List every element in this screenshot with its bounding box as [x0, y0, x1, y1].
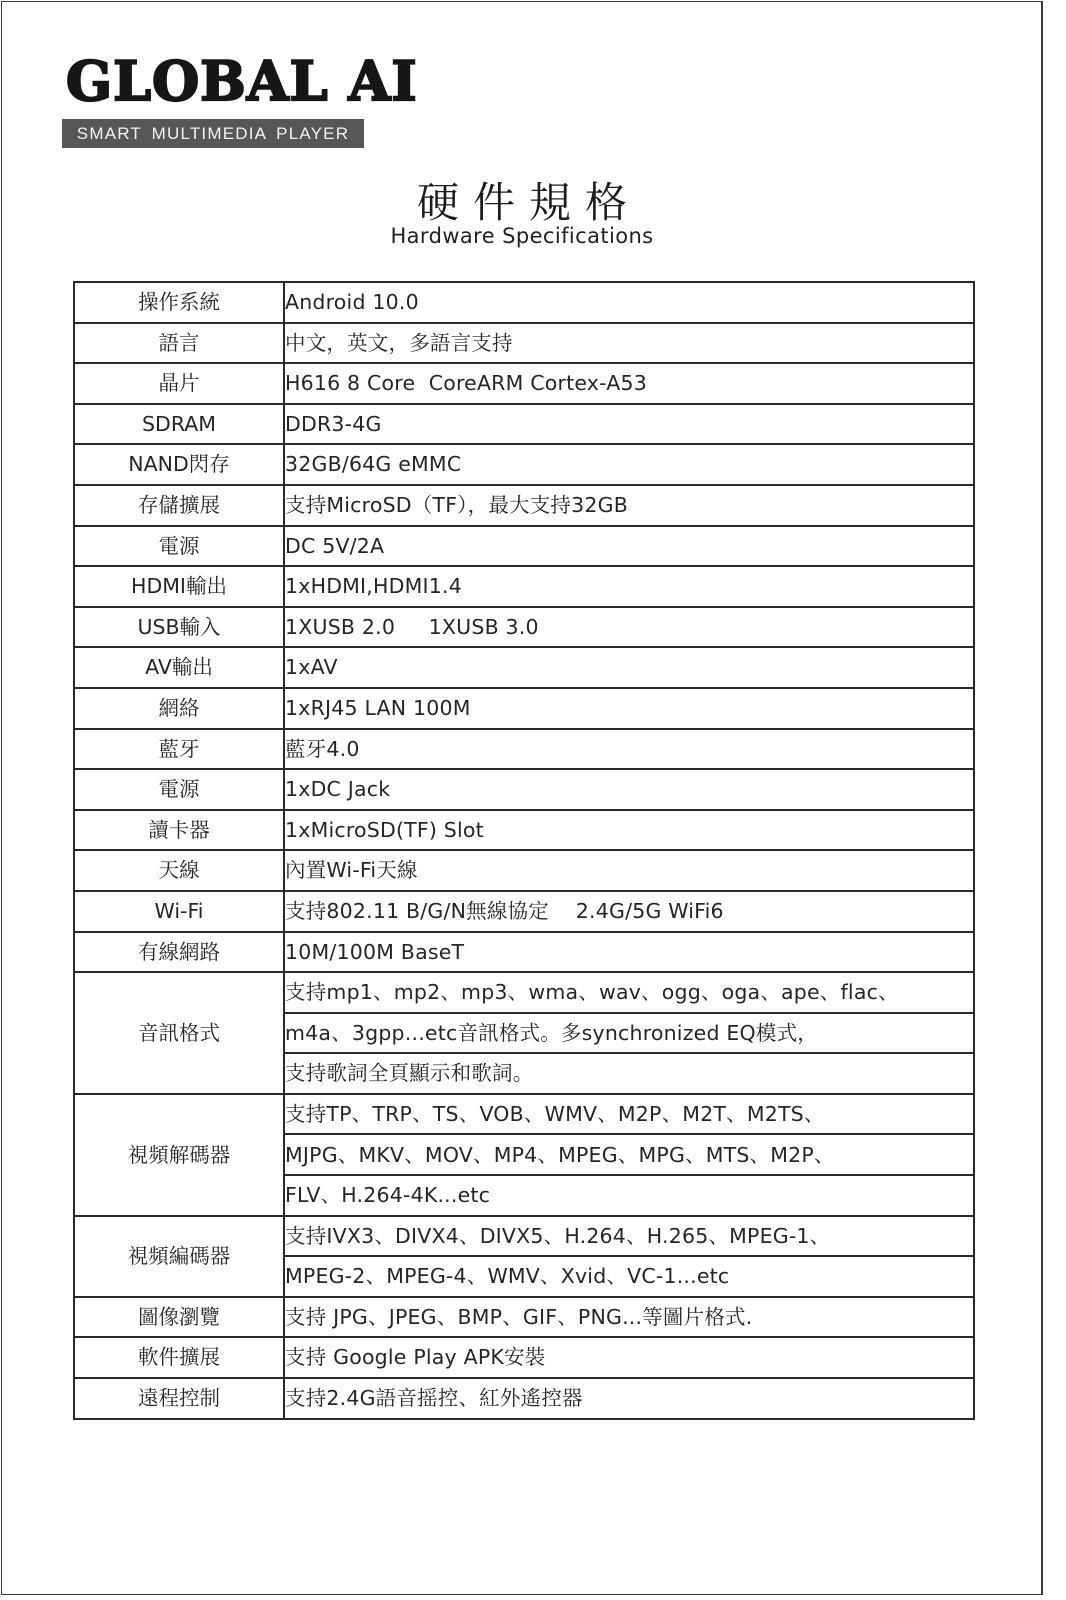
spec-value: FLV、H.264-4K...etc: [284, 1175, 974, 1216]
spec-row: USB輸入1XUSB 2.0 1XUSB 3.0: [74, 607, 974, 648]
spec-row: SDRAMDDR3-4G: [74, 404, 974, 445]
spec-row: 視頻編碼器支持IVX3、DIVX4、DIVX5、H.264、H.265、MPEG…: [74, 1216, 974, 1257]
spec-row: 網絡1xRJ45 LAN 100M: [74, 688, 974, 729]
spec-value: 1xDC Jack: [284, 769, 974, 810]
spec-value: 中文，英文，多語言支持: [284, 323, 974, 364]
spec-row: 讀卡器1xMicroSD(TF) Slot: [74, 810, 974, 851]
spec-value: 支持TP、TRP、TS、VOB、WMV、M2P、M2T、M2TS、: [284, 1094, 974, 1135]
spec-label: 軟件擴展: [74, 1337, 284, 1378]
spec-value: H616 8 Core CoreARM Cortex-A53: [284, 363, 974, 404]
spec-row: HDMI輸出1xHDMI,HDMI1.4: [74, 566, 974, 607]
spec-value: 1xHDMI,HDMI1.4: [284, 566, 974, 607]
spec-value: 支持MicroSD（TF），最大支持32GB: [284, 485, 974, 526]
spec-value: 32GB/64G eMMC: [284, 444, 974, 485]
page-subtitle: Hardware Specifications: [0, 224, 1044, 248]
spec-label: 遠程控制: [74, 1378, 284, 1419]
spec-value: 支持802.11 B/G/N無線協定 2.4G/5G WiFi6: [284, 891, 974, 932]
spec-value: 支持歌詞全頁顯示和歌詞。: [284, 1053, 974, 1094]
spec-label: 讀卡器: [74, 810, 284, 851]
spec-table: 操作系統Android 10.0語言中文，英文，多語言支持晶片H616 8 Co…: [73, 281, 975, 1420]
spec-row: 存儲擴展支持MicroSD（TF），最大支持32GB: [74, 485, 974, 526]
spec-value: 內置Wi-Fi天線: [284, 850, 974, 891]
spec-value: MJPG、MKV、MOV、MP4、MPEG、MPG、MTS、M2P、: [284, 1134, 974, 1175]
spec-label: 操作系統: [74, 282, 284, 323]
spec-value: m4a、3gpp...etc音訊格式。多synchronized EQ模式，: [284, 1013, 974, 1054]
spec-row: 軟件擴展支持 Google Play APK安裝: [74, 1337, 974, 1378]
spec-value: 支持 JPG、JPEG、BMP、GIF、PNG...等圖片格式.: [284, 1297, 974, 1338]
spec-row: 天線內置Wi-Fi天線: [74, 850, 974, 891]
brand-tagline: SMART MULTIMEDIA PLAYER: [62, 119, 364, 148]
spec-label: 晶片: [74, 363, 284, 404]
spec-row: 電源DC 5V/2A: [74, 526, 974, 567]
spec-label: 視頻編碼器: [74, 1216, 284, 1297]
spec-label: 電源: [74, 526, 284, 567]
spec-label: SDRAM: [74, 404, 284, 445]
spec-value: 藍牙4.0: [284, 729, 974, 770]
spec-label: 天線: [74, 850, 284, 891]
spec-value: MPEG-2、MPEG-4、WMV、Xvid、VC-1...etc: [284, 1256, 974, 1297]
spec-value: 1XUSB 2.0 1XUSB 3.0: [284, 607, 974, 648]
spec-label: 音訊格式: [74, 972, 284, 1094]
page-title: 硬件規格: [0, 170, 1044, 230]
spec-label: Wi-Fi: [74, 891, 284, 932]
spec-row: 有線網路10M/100M BaseT: [74, 932, 974, 973]
spec-value: 支持IVX3、DIVX4、DIVX5、H.264、H.265、MPEG-1、: [284, 1216, 974, 1257]
spec-value: 10M/100M BaseT: [284, 932, 974, 973]
spec-row: 音訊格式支持mp1、mp2、mp3、wma、wav、ogg、oga、ape、fl…: [74, 972, 974, 1013]
spec-row: Wi-Fi支持802.11 B/G/N無線協定 2.4G/5G WiFi6: [74, 891, 974, 932]
spec-value: 1xRJ45 LAN 100M: [284, 688, 974, 729]
spec-label: 存儲擴展: [74, 485, 284, 526]
spec-label: NAND閃存: [74, 444, 284, 485]
spec-label: 語言: [74, 323, 284, 364]
spec-row: NAND閃存32GB/64G eMMC: [74, 444, 974, 485]
spec-row: 圖像瀏覽支持 JPG、JPEG、BMP、GIF、PNG...等圖片格式.: [74, 1297, 974, 1338]
spec-label: AV輸出: [74, 647, 284, 688]
spec-row: 晶片H616 8 Core CoreARM Cortex-A53: [74, 363, 974, 404]
spec-value: 1xAV: [284, 647, 974, 688]
spec-label: 視頻解碼器: [74, 1094, 284, 1216]
spec-row: 電源1xDC Jack: [74, 769, 974, 810]
spec-value: Android 10.0: [284, 282, 974, 323]
spec-row: 視頻解碼器支持TP、TRP、TS、VOB、WMV、M2P、M2T、M2TS、: [74, 1094, 974, 1135]
spec-row: AV輸出1xAV: [74, 647, 974, 688]
brand-logo: GLOBAL AI: [66, 54, 418, 108]
spec-label: 有線網路: [74, 932, 284, 973]
spec-label: HDMI輸出: [74, 566, 284, 607]
spec-row: 藍牙藍牙4.0: [74, 729, 974, 770]
spec-row: 遠程控制支持2.4G語音摇控、紅外遙控器: [74, 1378, 974, 1419]
spec-label: USB輸入: [74, 607, 284, 648]
spec-table-body: 操作系統Android 10.0語言中文，英文，多語言支持晶片H616 8 Co…: [74, 282, 974, 1419]
spec-value: 支持mp1、mp2、mp3、wma、wav、ogg、oga、ape、flac、: [284, 972, 974, 1013]
spec-value: 支持 Google Play APK安裝: [284, 1337, 974, 1378]
spec-value: DDR3-4G: [284, 404, 974, 445]
spec-label: 圖像瀏覽: [74, 1297, 284, 1338]
spec-label: 網絡: [74, 688, 284, 729]
spec-value: DC 5V/2A: [284, 526, 974, 567]
spec-value: 1xMicroSD(TF) Slot: [284, 810, 974, 851]
spec-value: 支持2.4G語音摇控、紅外遙控器: [284, 1378, 974, 1419]
spec-row: 語言中文，英文，多語言支持: [74, 323, 974, 364]
spec-label: 藍牙: [74, 729, 284, 770]
spec-label: 電源: [74, 769, 284, 810]
spec-row: 操作系統Android 10.0: [74, 282, 974, 323]
